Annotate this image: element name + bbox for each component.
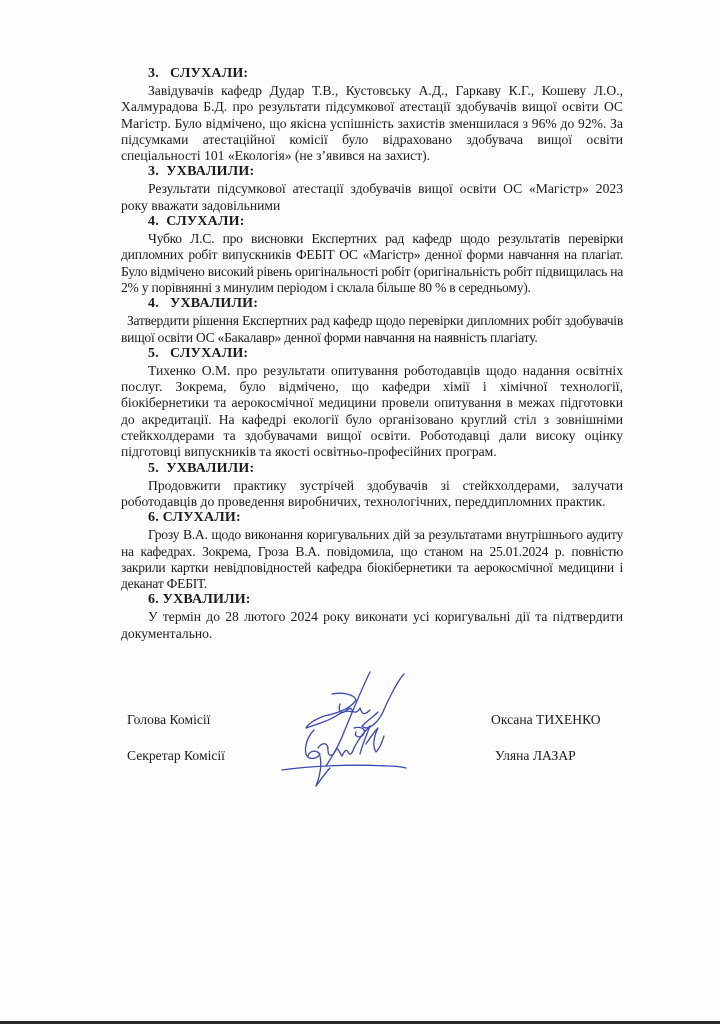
section-heading: 4. УХВАЛИЛИ:	[121, 296, 623, 313]
section-paragraph: Продовжити практику зустрічей здобувачів…	[121, 478, 623, 511]
section-paragraph: Завідувачів кафедр Дудар Т.В., Кустовськ…	[121, 83, 623, 164]
section-paragraph: У термін до 28 лютого 2024 року виконати…	[121, 609, 623, 642]
chair-name: Оксана ТИХЕНКО	[491, 712, 601, 728]
section-6-heard: 6. СЛУХАЛИ: Грозу В.А. щодо виконання ко…	[121, 510, 623, 592]
secretary-name: Уляна ЛАЗАР	[495, 748, 576, 764]
section-heading: 6. СЛУХАЛИ:	[121, 510, 623, 527]
section-3-heard: 3. СЛУХАЛИ: Завідувачів кафедр Дудар Т.В…	[121, 66, 623, 164]
section-heading: 5. СЛУХАЛИ:	[121, 346, 623, 363]
section-6-resolved: 6. УХВАЛИЛИ: У термін до 28 лютого 2024 …	[121, 592, 623, 642]
document-page: 3. СЛУХАЛИ: Завідувачів кафедр Дудар Т.В…	[0, 0, 720, 1021]
section-paragraph: Тихенко О.М. про результати опитування р…	[121, 363, 623, 461]
section-heading: 5. УХВАЛИЛИ:	[121, 461, 623, 478]
section-paragraph: Результати підсумкової атестації здобува…	[121, 181, 623, 214]
section-4-heard: 4. СЛУХАЛИ: Чубко Л.С. про висновки Експ…	[121, 214, 623, 296]
secretary-title: Секретар Комісії	[127, 748, 225, 764]
section-4-resolved: 4. УХВАЛИЛИ: Затвердити рішення Експертн…	[121, 296, 623, 346]
section-5-heard: 5. СЛУХАЛИ: Тихенко О.М. про результати …	[121, 346, 623, 461]
section-3-resolved: 3. УХВАЛИЛИ: Результати підсумкової атес…	[121, 164, 623, 214]
section-paragraph: Грозу В.А. щодо виконання коригувальних …	[121, 527, 623, 592]
chair-title: Голова Комісії	[127, 712, 210, 728]
section-heading: 3. СЛУХАЛИ:	[121, 66, 623, 83]
section-heading: 6. УХВАЛИЛИ:	[121, 592, 623, 609]
document-body: 3. СЛУХАЛИ: Завідувачів кафедр Дудар Т.В…	[121, 66, 623, 642]
section-paragraph: Затвердити рішення Експертних рад кафедр…	[121, 313, 623, 346]
section-heading: 3. УХВАЛИЛИ:	[121, 164, 623, 181]
handwritten-signature-icon	[270, 670, 420, 790]
section-heading: 4. СЛУХАЛИ:	[121, 214, 623, 231]
section-5-resolved: 5. УХВАЛИЛИ: Продовжити практику зустріч…	[121, 461, 623, 511]
section-paragraph: Чубко Л.С. про висновки Експертних рад к…	[121, 231, 623, 296]
